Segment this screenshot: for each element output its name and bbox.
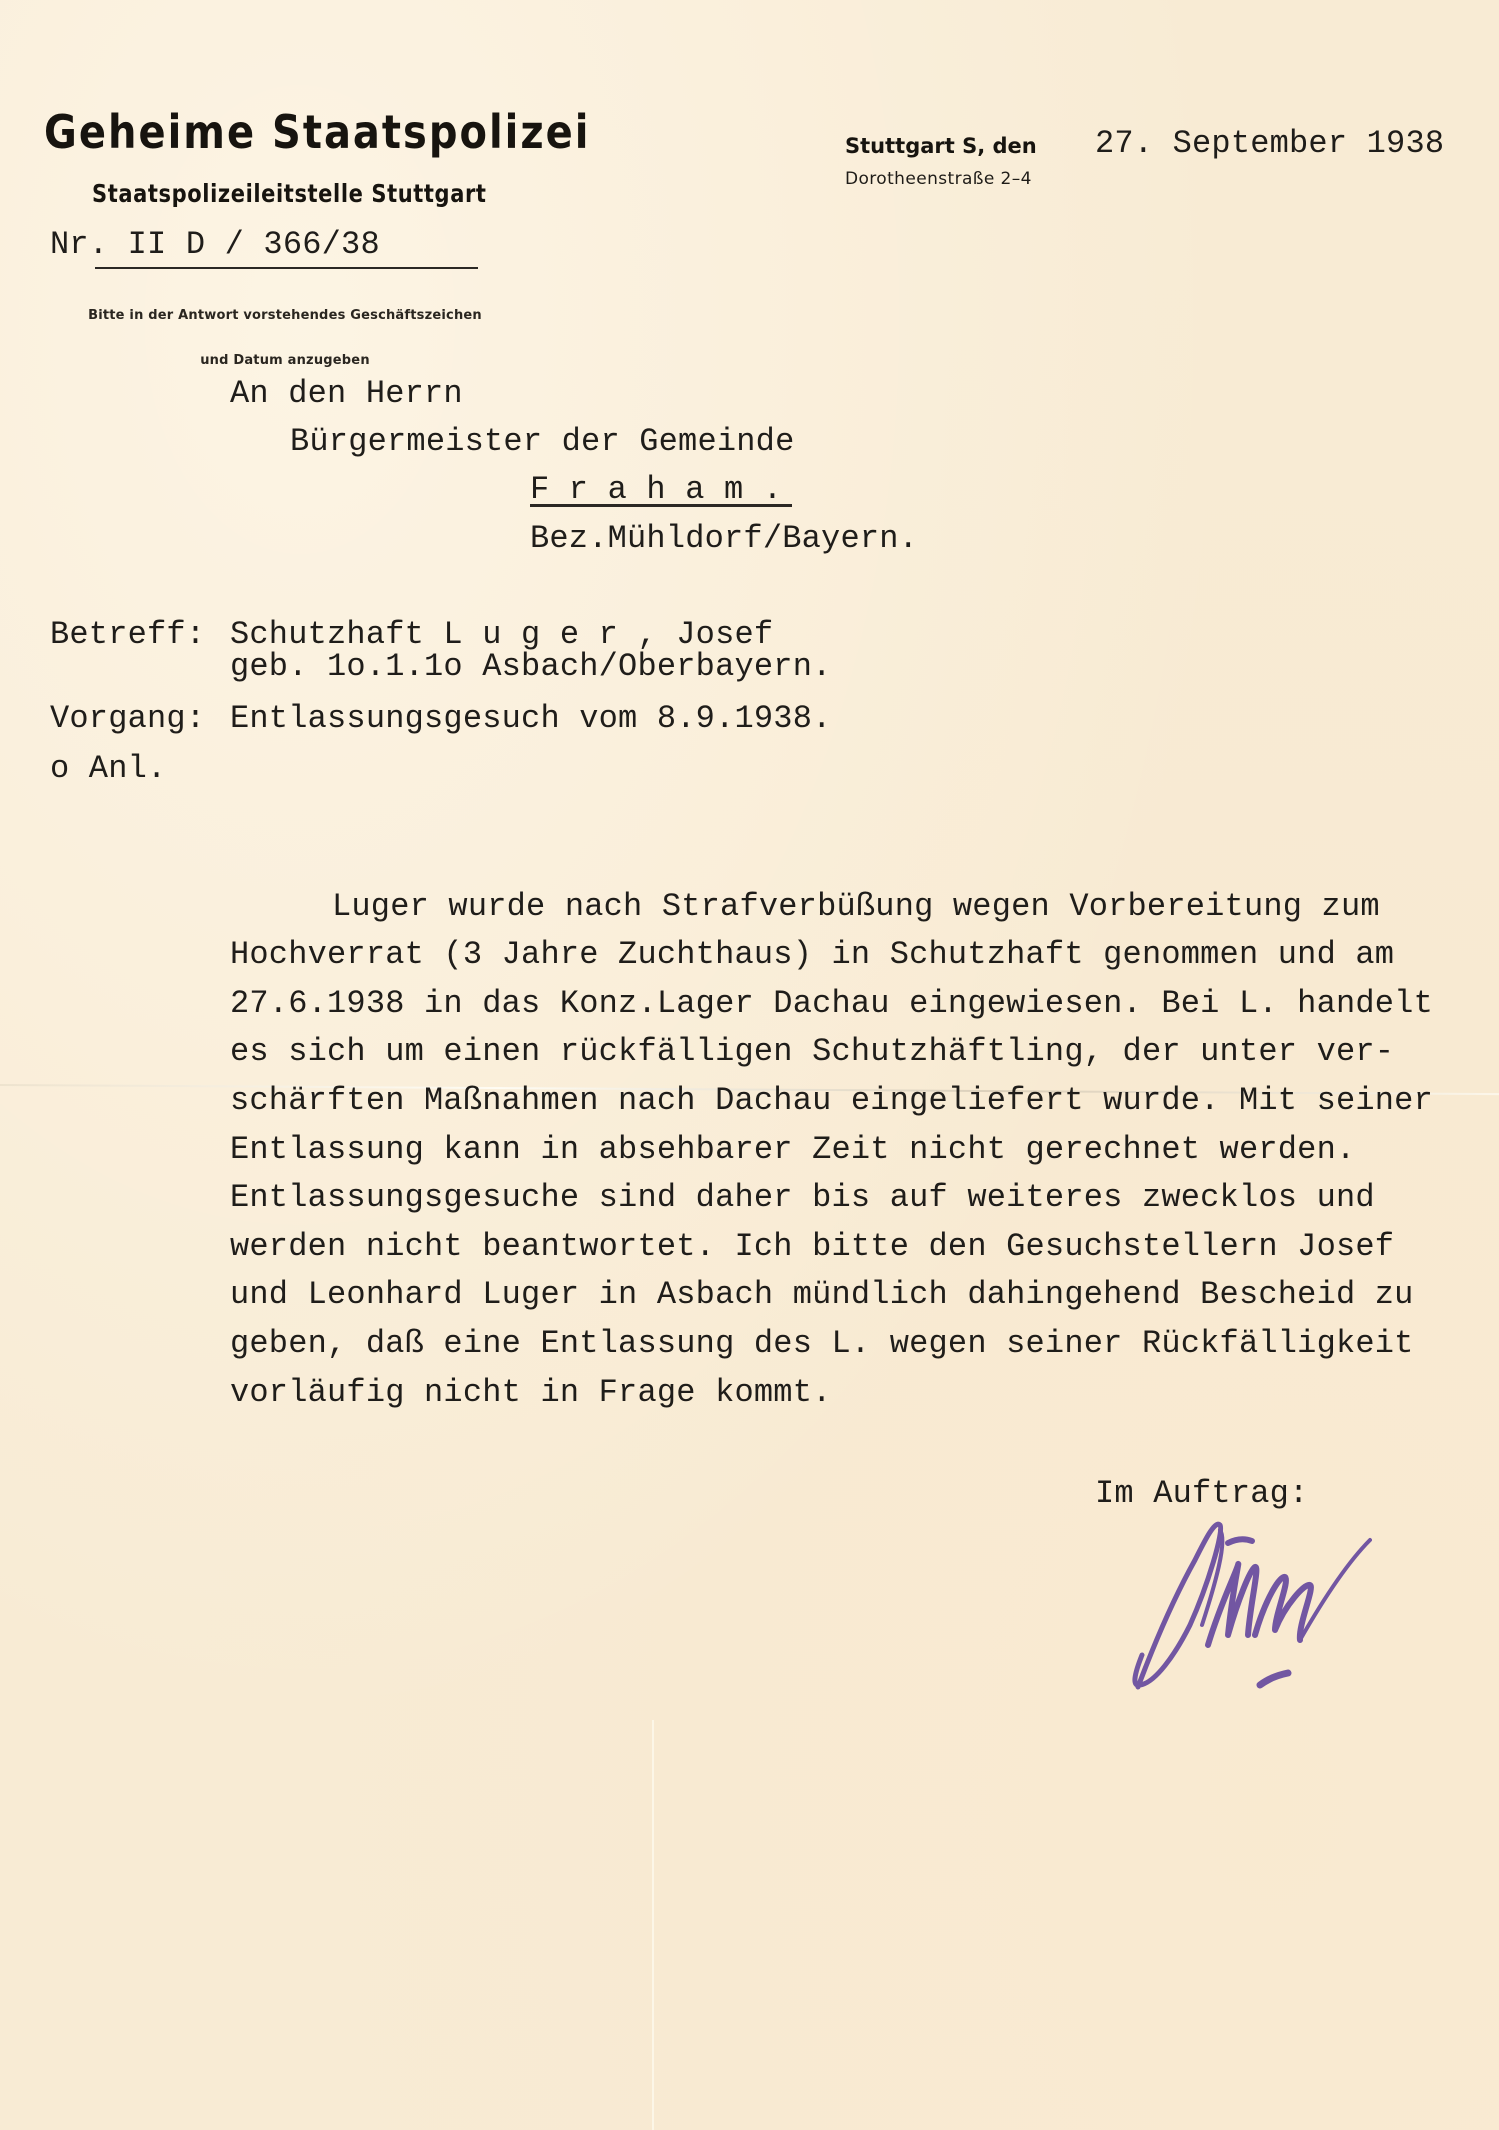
city-line: Stuttgart S, den xyxy=(845,136,1037,157)
body-line: und Leonhard Luger in Asbach mündlich da… xyxy=(230,1279,1414,1311)
betreff-label: Betreff: xyxy=(50,619,205,651)
recipient-salutation: An den Herrn xyxy=(230,378,463,410)
paper-fold xyxy=(652,1720,654,2130)
body-line: Luger wurde nach Strafverbüßung wegen Vo… xyxy=(332,891,1380,923)
recipient-district: Bez.Mühldorf/Bayern. xyxy=(530,523,918,555)
reference-number: Nr. II D / 366/38 xyxy=(50,229,380,261)
reference-note: Bitte in der Antwort vorstehendes Geschä… xyxy=(80,283,490,380)
letter-date: 27. September 1938 xyxy=(1095,128,1444,160)
betreff-birth: geb. 1o.1.1o Asbach/Oberbayern. xyxy=(230,651,832,683)
body-line: Hochverrat (3 Jahre Zuchthaus) in Schutz… xyxy=(230,939,1394,971)
attachments-note: o Anl. xyxy=(50,753,166,785)
body-line: geben, daß eine Entlassung des L. wegen … xyxy=(230,1328,1414,1360)
office-subtitle: Staatspolizeileitstelle Stuttgart xyxy=(92,182,487,207)
body-line: Entlassungsgesuche sind daher bis auf we… xyxy=(230,1182,1375,1214)
body-line: vorläufig nicht in Frage kommt. xyxy=(230,1377,832,1409)
body-line: es sich um einen rückfälligen Schutzhäft… xyxy=(230,1036,1394,1068)
reference-underline xyxy=(95,267,478,269)
vorgang-label: Vorgang: xyxy=(50,703,205,735)
body-line: schärften Maßnahmen nach Dachau eingelie… xyxy=(230,1085,1433,1117)
agency-title: Geheime Staatspolizei xyxy=(44,110,591,156)
municipality-underline xyxy=(530,504,792,507)
street-address: Dorotheenstraße 2–4 xyxy=(845,171,1032,188)
vorgang-text: Entlassungsgesuch vom 8.9.1938. xyxy=(230,703,832,735)
body-line: 27.6.1938 in das Konz.Lager Dachau einge… xyxy=(230,988,1433,1020)
recipient-municipality: F r a h a m . xyxy=(530,474,782,506)
reference-note-line2: und Datum anzugeben xyxy=(80,354,490,367)
recipient-title: Bürgermeister der Gemeinde xyxy=(290,426,794,458)
body-line: Entlassung kann in absehbarer Zeit nicht… xyxy=(230,1134,1355,1166)
betreff-text: Schutzhaft L u g e r , Josef xyxy=(230,619,773,651)
reference-note-line1: Bitte in der Antwort vorstehendes Geschä… xyxy=(80,309,490,322)
body-line: werden nicht beantwortet. Ich bitte den … xyxy=(230,1231,1394,1263)
signature-icon xyxy=(1120,1505,1400,1705)
